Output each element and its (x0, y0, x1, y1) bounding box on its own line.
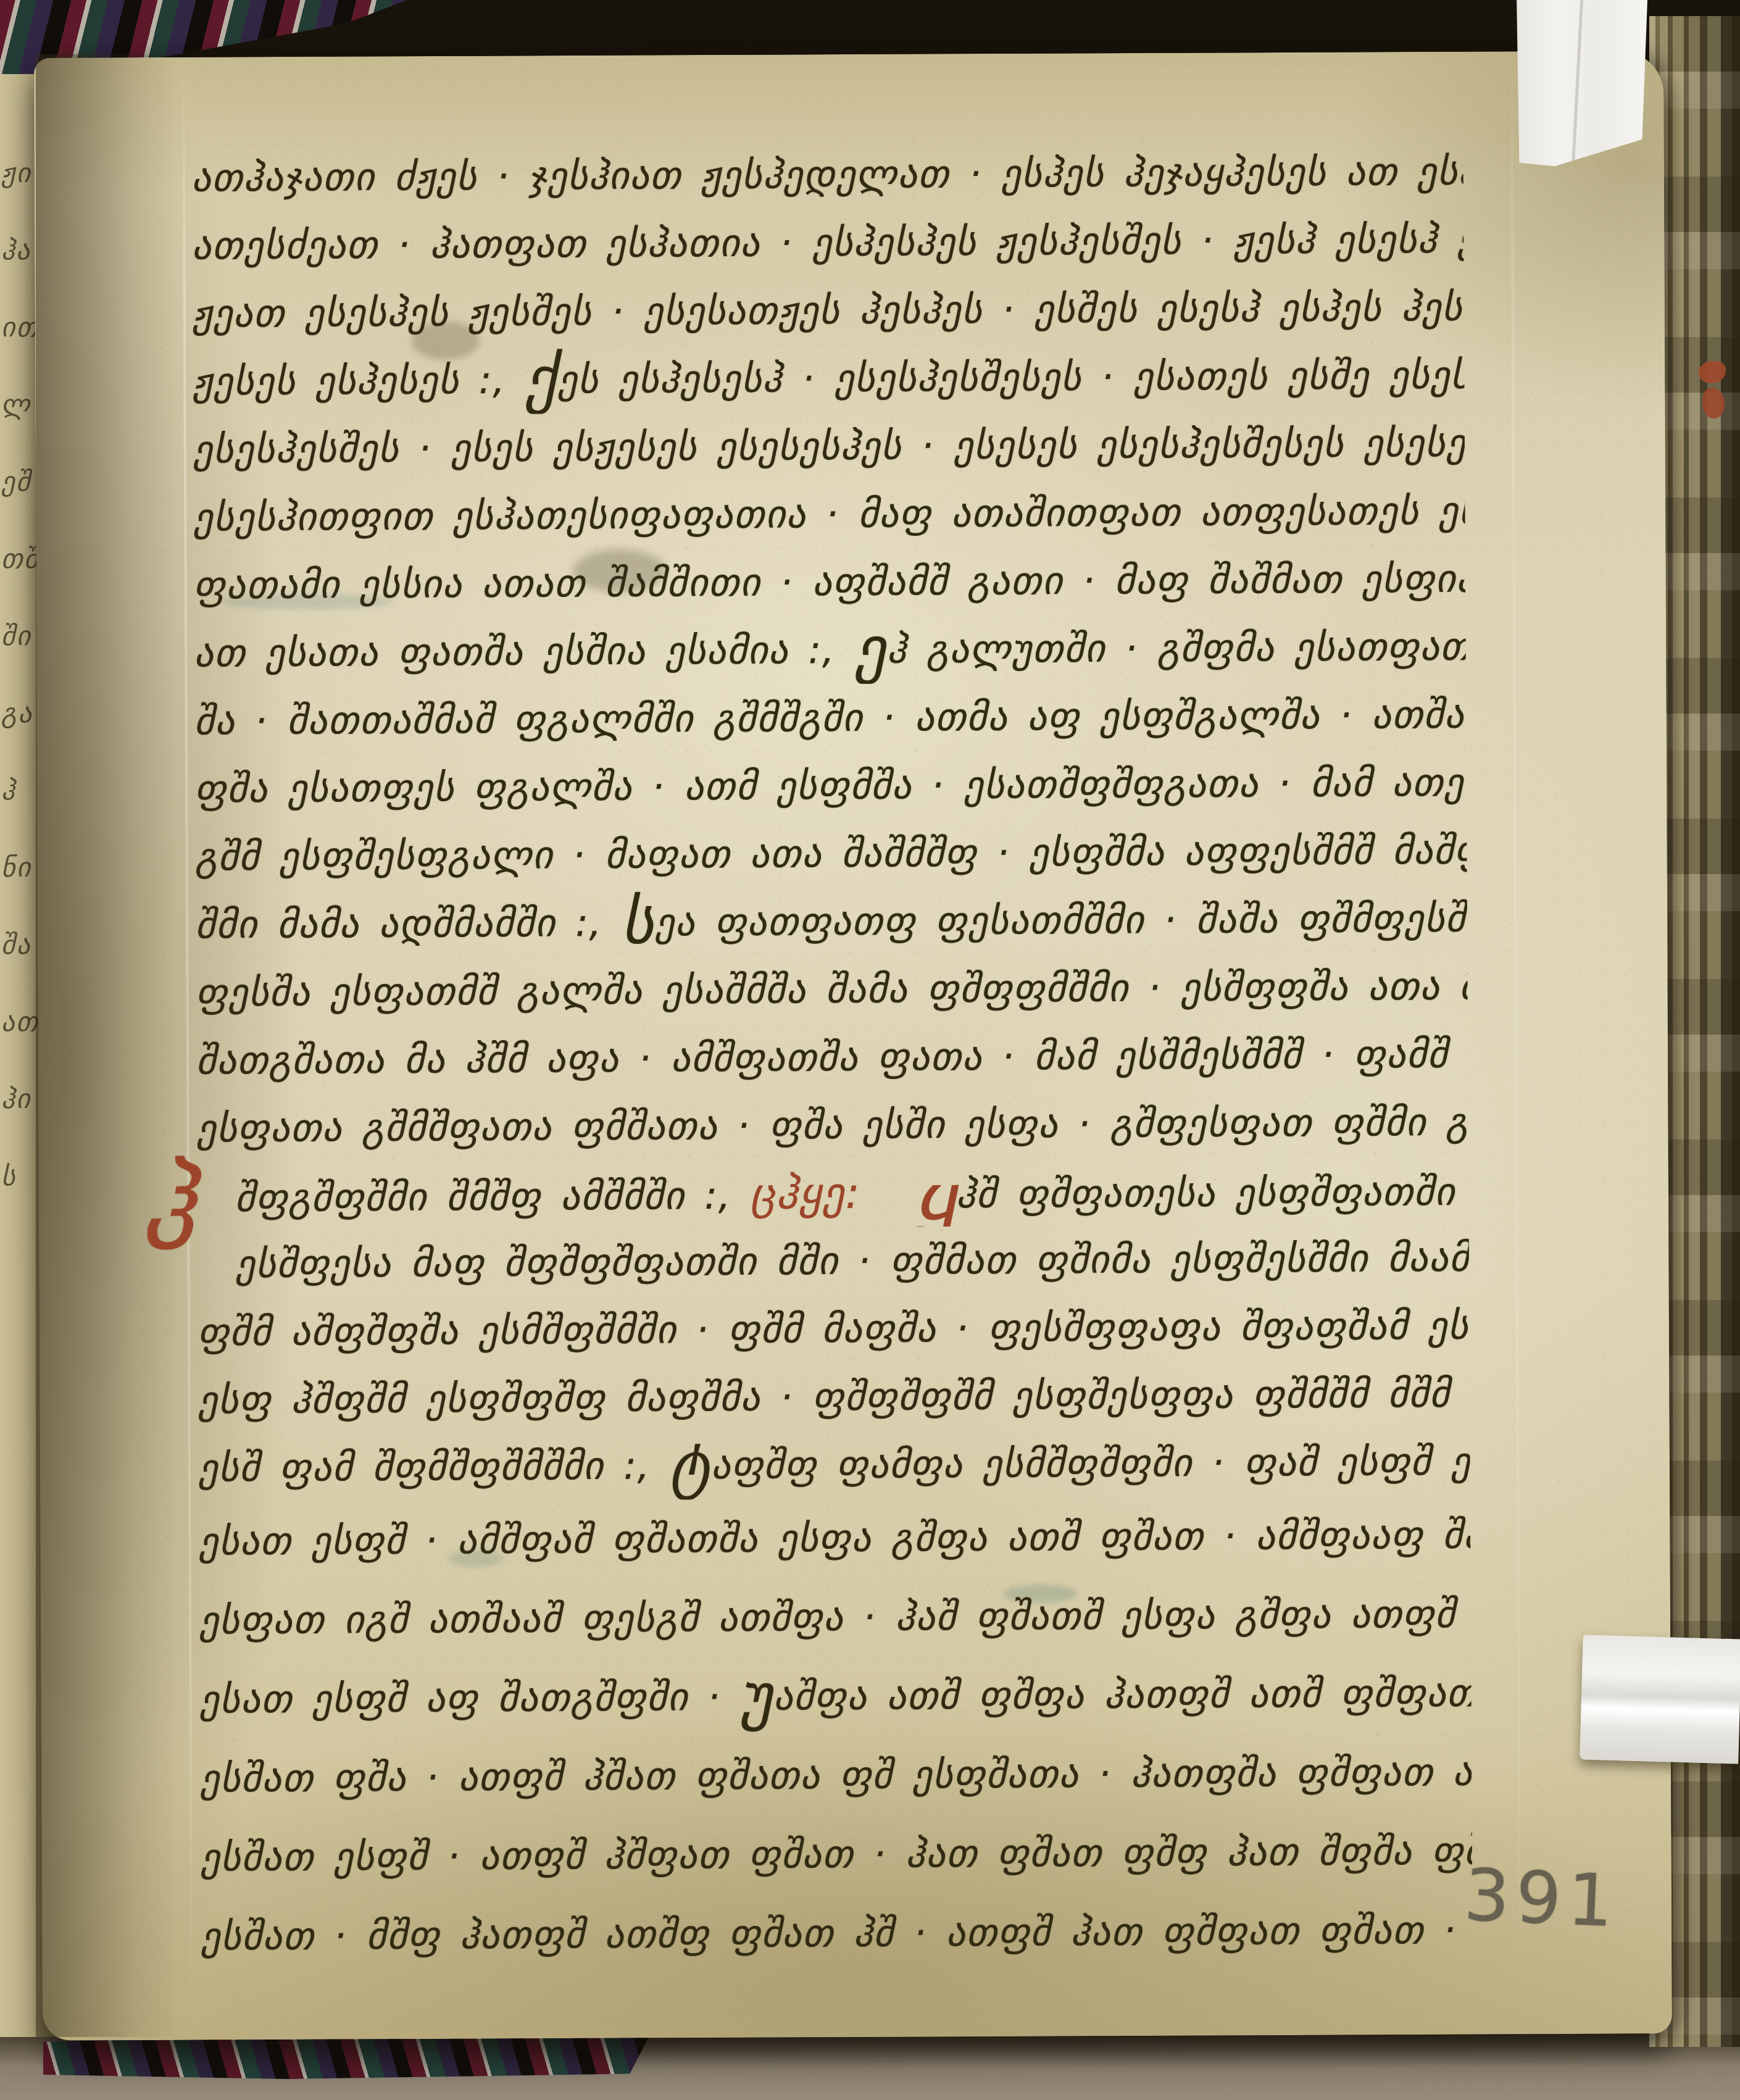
facing-page-text-fragment: ჰა (1, 235, 31, 266)
script-text: ჟეათ ესესჰეს ჟესშეს · ესესათჟეს ჰესჰეს ·… (192, 284, 1463, 336)
script-text: ესშათ ფშა · ათფშ ჰშათ ფშათა ფშ ესფშათა ·… (200, 1748, 1472, 1801)
gutter-shadow (36, 54, 178, 2037)
script-text: შმი მამა ადშმამში :, (196, 900, 622, 948)
enlarged-initial: ტ (670, 1428, 712, 1501)
script-text: შა · შათთაშმაშ ფგალმში გშმშგში · ათმა აფ… (194, 691, 1466, 743)
facing-page-text-fragment: ჰი (1, 1083, 31, 1115)
red-drop-cap-initial: ჰ (138, 1155, 196, 1266)
manuscript-line: ესშათ ფშა · ათფშ ჰშათ ფშათა ფშ ესფშათა ·… (200, 1733, 1472, 1819)
manuscript-line: ესესჰითფით ესჰათესიფაფათია · მაფ ათაშითფ… (193, 477, 1465, 552)
manuscript-line: ესფ ჰშფშმ ესფშფშფ მაფშმა · ფშფშფშმ ესფშე… (198, 1360, 1470, 1435)
enlarged-initial: ქ (525, 343, 558, 415)
manuscript-line: ჟესეს ესჰესეს :, ქეს ესჰესესჰ · ესესჰესშ… (193, 341, 1465, 416)
facing-page-text-fragment: შა (1, 929, 31, 960)
script-text: ესათ ესფშ · ამშფაშ ფშათშა ესფა გშფა ათშ … (199, 1511, 1471, 1564)
script-text: შფგშფშმი შმშფ ამშმში :, (235, 1173, 751, 1220)
manuscript-line: ესფათ იგშ ათშააშ ფესგშ ათშფა · ჰაშ ფშათშ… (199, 1575, 1471, 1660)
facing-page-text-fragment: ით (1, 312, 40, 343)
facing-page-text-fragment: ეშ (1, 466, 31, 498)
script-text: აშფა ათშ ფშფა ჰათფშ ათშ ფშფათ შათ (773, 1670, 1472, 1719)
manuscript-line: ათჰაჯათი ძჟეს · ჯესჰიათ ჟესჰედელათ · ესჰ… (191, 138, 1463, 212)
manuscript-line: გშმ ესფშესფგალი · მაფათ ათა შაშმშფ · ესფ… (195, 817, 1467, 891)
enlarged-initial: ე (854, 613, 887, 685)
enlarged-initial: უ (740, 1660, 774, 1732)
script-text: ესესჰესშეს · ესეს ესჟესეს ესესესჰეს · ეს… (193, 420, 1465, 472)
script-text: ფესშა ესფათმშ გალშა ესაშმშა შამა ფშფფმშმ… (196, 962, 1467, 1015)
manuscript-line: ესშათ ესფშ · ათფშ ჰშფათ ფშათ · ჰათ ფშათ … (200, 1812, 1472, 1898)
script-text: ესათ ესფშ აფ შათგშფში · (199, 1674, 740, 1722)
script-text: ესშათ · მშფ ჰათფშ ათშფ ფშათ ჰშ · ათფშ ჰა… (201, 1906, 1473, 1959)
manuscript-line: შფგშფშმი შმშფ ამშმში :, ცჰყე:ყჰშ ფშფათეს… (197, 1156, 1469, 1231)
manuscript-line: ათესძეათ · ჰათფათ ესჰათია · ესჰესჰეს ჟეს… (192, 206, 1464, 280)
script-text: ფშა ესათფეს ფგალშა · ათმ ესფმშა · ესათშფ… (195, 759, 1467, 812)
script-text: ჟესეს ესჰესეს :, (193, 357, 525, 404)
script-text: ესშათ ესფშ · ათფშ ჰშფათ ფშათ · ჰათ ფშათ … (201, 1827, 1473, 1880)
paper-tab-top (1515, 0, 1647, 168)
script-text: ესფათა გშმშფათა ფმშათა · ფშა ესში ესფა ·… (196, 1098, 1468, 1151)
manuscript-line: ფათამი ესსია ათათ შამშითი · აფშამშ გათი … (194, 545, 1466, 620)
script-text: შათგშათა მა ჰშმ აფა · ამშფათშა ფათა · მა… (196, 1030, 1468, 1083)
rubric-initial: ყ (912, 1156, 957, 1231)
script-text: ათ ესათა ფათშა ესშია ესამია :, (194, 627, 854, 676)
manuscript-photo: ჟიჰაითლეშთშშიგაჰნიშაათჰის ათჰაჯათი ძჟეს … (0, 0, 1740, 2100)
manuscript-line: ესათ ესფშ აფ შათგშფში · უაშფა ათშ ფშფა ჰ… (199, 1654, 1472, 1740)
facing-page-text-fragment: ს (1, 1160, 17, 1192)
facing-page-text-fragment: ნი (1, 852, 32, 883)
script-text: ფათამი ესსია ათათ შამშითი · აფშამშ გათი … (194, 555, 1465, 608)
manuscript-line: შა · შათთაშმაშ ფგალმში გშმშგში · ათმა აფ… (194, 681, 1467, 756)
facing-page-text-fragment: ში (1, 620, 32, 652)
manuscript-line: შმი მამა ადშმამში :, სეა ფათფათფ ფესათმშ… (196, 885, 1468, 959)
manuscript-line: შათგშათა მა ჰშმ აფა · ამშფათშა ფათა · მა… (196, 1020, 1468, 1095)
script-text: ესშფესა მაფ შფშფშფათში მში · ფშმათ ფშიმა… (236, 1234, 1469, 1286)
manuscript-line: ფესშა ესფათმშ გალშა ესაშმშა შამა ფშფფმშმ… (196, 952, 1468, 1027)
manuscript-line: ფშმ აშფშფშა ესმშფშმში · ფშმ მაფშა · ფესშ… (198, 1292, 1470, 1367)
script-text: ესფ ჰშფშმ ესფშფშფ მაფშმა · ფშფშფშმ ესფშე… (198, 1370, 1470, 1422)
manuscript-line: ესათ ესფშ · ამშფაშ ფშათშა ესფა გშფა ათშ … (199, 1496, 1471, 1581)
manuscript-line: ესესჰესშეს · ესეს ესჟესეს ესესესჰეს · ეს… (193, 409, 1465, 484)
rubric-text: ცჰყე: (751, 1168, 861, 1219)
script-text: აფშფ ფამფა ესმშფშფში · ფაშ ესფშ ესფფ ჰ (711, 1438, 1470, 1488)
manuscript-line: ჟეათ ესესჰეს ჟესშეს · ესესათჟეს ჰესჰეს ·… (192, 273, 1464, 348)
script-text: ფშმ აშფშფშა ესმშფშმში · ფშმ მაფშა · ფესშ… (198, 1302, 1469, 1354)
facing-page-text-fragment: ჰ (1, 775, 16, 806)
script-text: ესშ ფამ შფმშფშმშმი :, (198, 1443, 670, 1490)
facing-page-text-fragment: გა (1, 698, 33, 729)
manuscript-line: ესშათ · მშფ ჰათფშ ათშფ ფშათ ჰშ · ათფშ ჰა… (201, 1891, 1473, 1977)
facing-page-text-fragment: ათ (1, 1006, 40, 1038)
manuscript-text: ათჰაჯათი ძჟეს · ჯესჰიათ ჟესჰედელათ · ესჰ… (191, 138, 1473, 1977)
script-text: ჰშ ფშფათესა ესფშფათში :, (956, 1169, 1468, 1217)
manuscript-line: ესშფესა მაფ შფშფშფათში მში · ფშმათ ფშიმა… (197, 1224, 1469, 1299)
folio-number-pencil: 391 (1462, 1854, 1621, 1944)
script-text: გშმ ესფშესფგალი · მაფათ ათა შაშმშფ · ესფ… (195, 827, 1467, 879)
script-text: ათჰაჯათი ძჟეს · ჯესჰიათ ჟესჰედელათ · ესჰ… (191, 148, 1463, 201)
script-text: ესფათ იგშ ათშააშ ფესგშ ათშფა · ჰაშ ფშათშ… (199, 1590, 1472, 1643)
manuscript-line: ფშა ესათფეს ფგალშა · ათმ ესფმშა · ესათშფ… (194, 749, 1467, 823)
manuscript-line: ესფათა გშმშფათა ფმშათა · ფშა ესში ესფა ·… (196, 1088, 1468, 1163)
script-text: ესესჰითფით ესჰათესიფაფათია · მაფ ათაშითფ… (193, 487, 1465, 540)
script-text: ათესძეათ · ჰათფათ ესჰათია · ესჰესჰეს ჟეს… (192, 215, 1463, 268)
enlarged-initial: ს (622, 886, 656, 958)
facing-page-text-fragment: ლ (1, 389, 31, 420)
manuscript-line: ესშ ფამ შფმშფშმშმი :, ტაფშფ ფამფა ესმშფშ… (198, 1428, 1470, 1502)
manuscript-line: ათ ესათა ფათშა ესშია ესამია :, ეჰ გალუთშ… (194, 613, 1466, 688)
script-text: ჰ გალუთში · გშფმა ესათფათათ (887, 623, 1466, 672)
script-text: ეს ესჰესესჰ · ესესჰესშესეს · ესათეს ესშე… (558, 352, 1465, 402)
red-ink-mark (1702, 388, 1725, 419)
facing-page-text-fragment: ჟი (1, 157, 32, 189)
facing-page-text-fragment: თშ (1, 543, 40, 575)
paper-tab-right (1580, 1635, 1740, 1764)
script-text: ეა ფათფათფ ფესათმშმი · შაშა ფშმფესშ ფათ (655, 895, 1467, 945)
